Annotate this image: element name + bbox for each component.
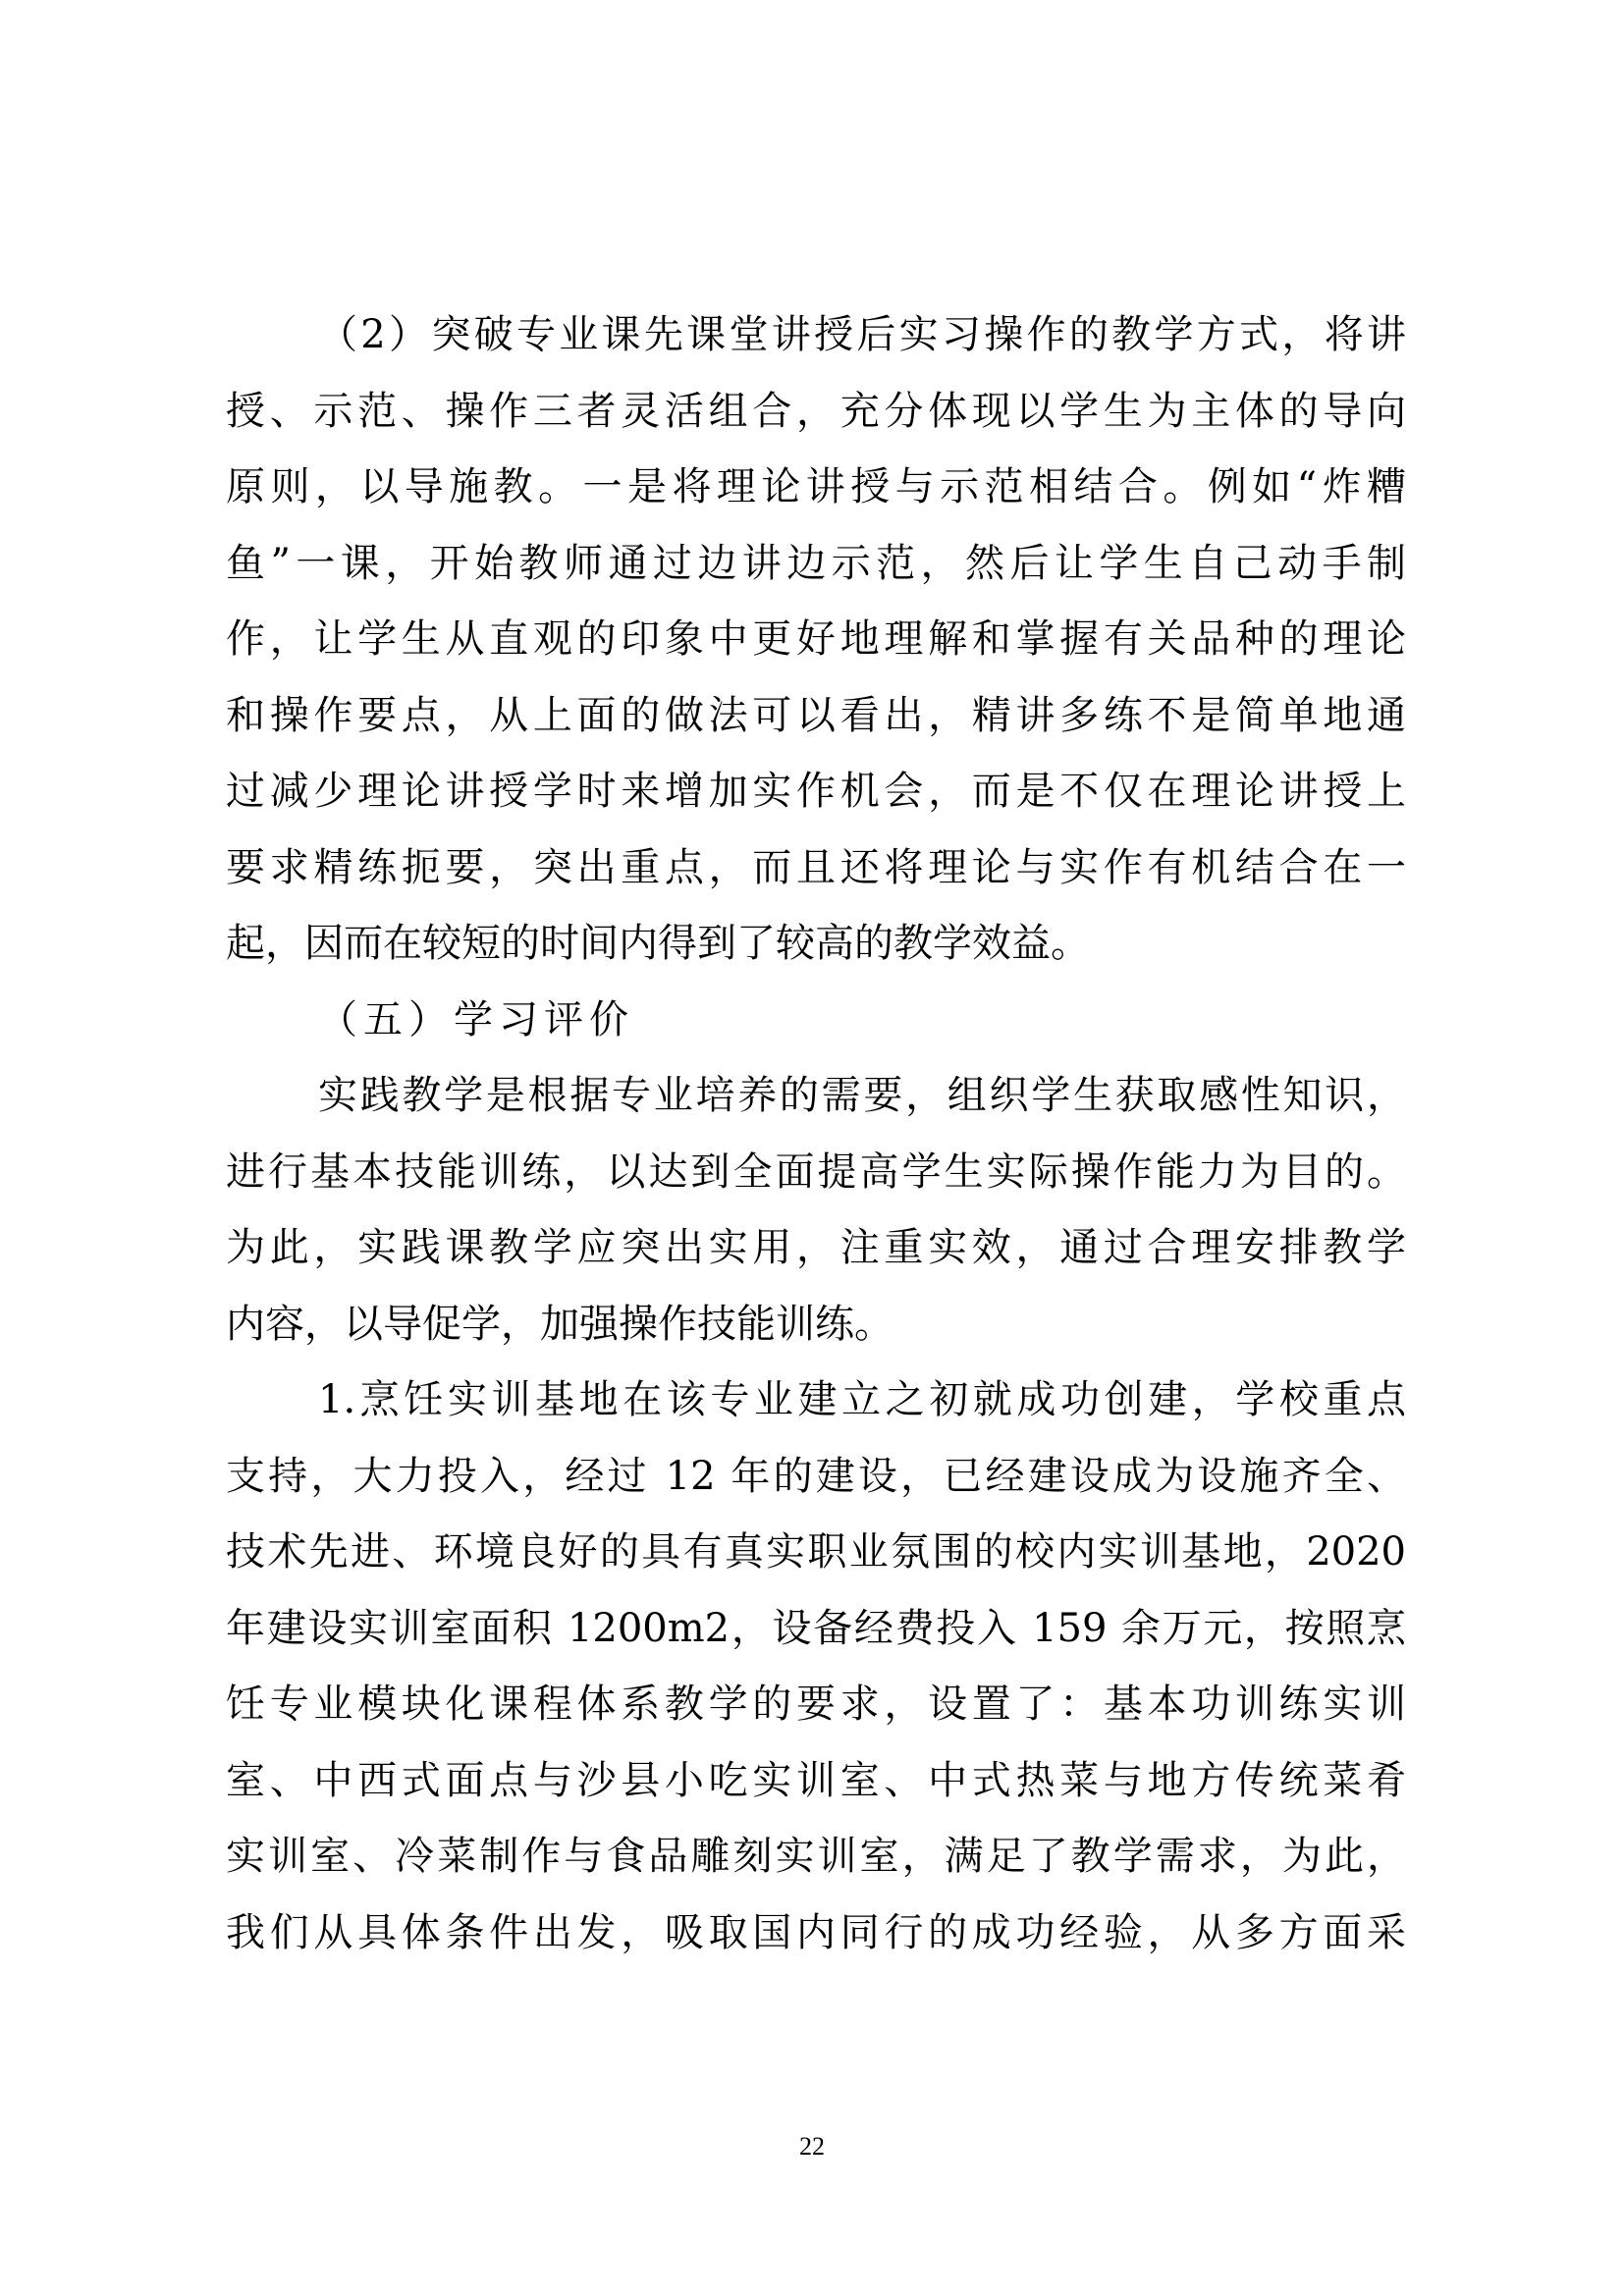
text-line: 为此，实践课教学应突出实用，注重实效，通过合理安排教学 (226, 1219, 1406, 1296)
text-line: 支持，大力投入，经过 12 年的建设，已经建设成为设施齐全、 (226, 1448, 1406, 1524)
text-line: 和操作要点，从上面的做法可以看出，精讲多练不是简单地通 (226, 687, 1406, 764)
page-number: 22 (766, 2132, 858, 2162)
text-line: 技术先进、环境良好的具有真实职业氛围的校内实训基地，2020 (226, 1523, 1406, 1600)
text-line: 原则，以导施教。一是将理论讲授与示范相结合。例如“炸糟 (226, 458, 1406, 535)
text-line: （2）突破专业课先课堂讲授后实习操作的教学方式，将讲 (226, 306, 1406, 383)
section-heading-learning-evaluation: （五）学习评价 (226, 991, 1406, 1068)
text-line: 作，让学生从直观的印象中更好地理解和掌握有关品种的理论 (226, 611, 1406, 687)
paragraph-teaching-method-2: （2）突破专业课先课堂讲授后实习操作的教学方式，将讲 授、示范、操作三者灵活组合… (226, 306, 1406, 991)
body-text: （2）突破专业课先课堂讲授后实习操作的教学方式，将讲 授、示范、操作三者灵活组合… (226, 306, 1406, 1980)
text-line: 起，因而在较短的时间内得到了较高的教学效益。 (226, 915, 1406, 991)
text-line: 实践教学是根据专业培养的需要，组织学生获取感性知识， (226, 1067, 1406, 1144)
text-line: 年建设实训室面积 1200m2，设备经费投入 159 余万元，按照烹 (226, 1600, 1406, 1677)
text-line: 1.烹饪实训基地在该专业建立之初就成功创建，学校重点 (226, 1371, 1406, 1448)
text-line: 进行基本技能训练，以达到全面提高学生实际操作能力为目的。 (226, 1144, 1406, 1220)
text-line: 室、中西式面点与沙县小吃实训室、中式热菜与地方传统菜肴 (226, 1752, 1406, 1829)
text-line: 内容，以导促学，加强操作技能训练。 (226, 1296, 1406, 1372)
document-page: （2）突破专业课先课堂讲授后实习操作的教学方式，将讲 授、示范、操作三者灵活组合… (0, 0, 1624, 2296)
text-line: 鱼”一课，开始教师通过边讲边示范，然后让学生自己动手制 (226, 535, 1406, 612)
text-line: 授、示范、操作三者灵活组合，充分体现以学生为主体的导向 (226, 383, 1406, 459)
section-heading: （五）学习评价 (226, 991, 1406, 1068)
paragraph-practice-teaching: 实践教学是根据专业培养的需要，组织学生获取感性知识， 进行基本技能训练，以达到全… (226, 1067, 1406, 1371)
text-line: 饪专业模块化课程体系教学的要求，设置了：基本功训练实训 (226, 1676, 1406, 1752)
text-line: 要求精练扼要，突出重点，而且还将理论与实作有机结合在一 (226, 839, 1406, 916)
text-line: 过减少理论讲授学时来增加实作机会，而是不仅在理论讲授上 (226, 763, 1406, 839)
text-line: 我们从具体条件出发，吸取国内同行的成功经验，从多方面采 (226, 1904, 1406, 1981)
text-line: 实训室、冷菜制作与食品雕刻实训室，满足了教学需求，为此， (226, 1828, 1406, 1904)
paragraph-training-base-item-1: 1.烹饪实训基地在该专业建立之初就成功创建，学校重点 支持，大力投入，经过 12… (226, 1371, 1406, 1980)
